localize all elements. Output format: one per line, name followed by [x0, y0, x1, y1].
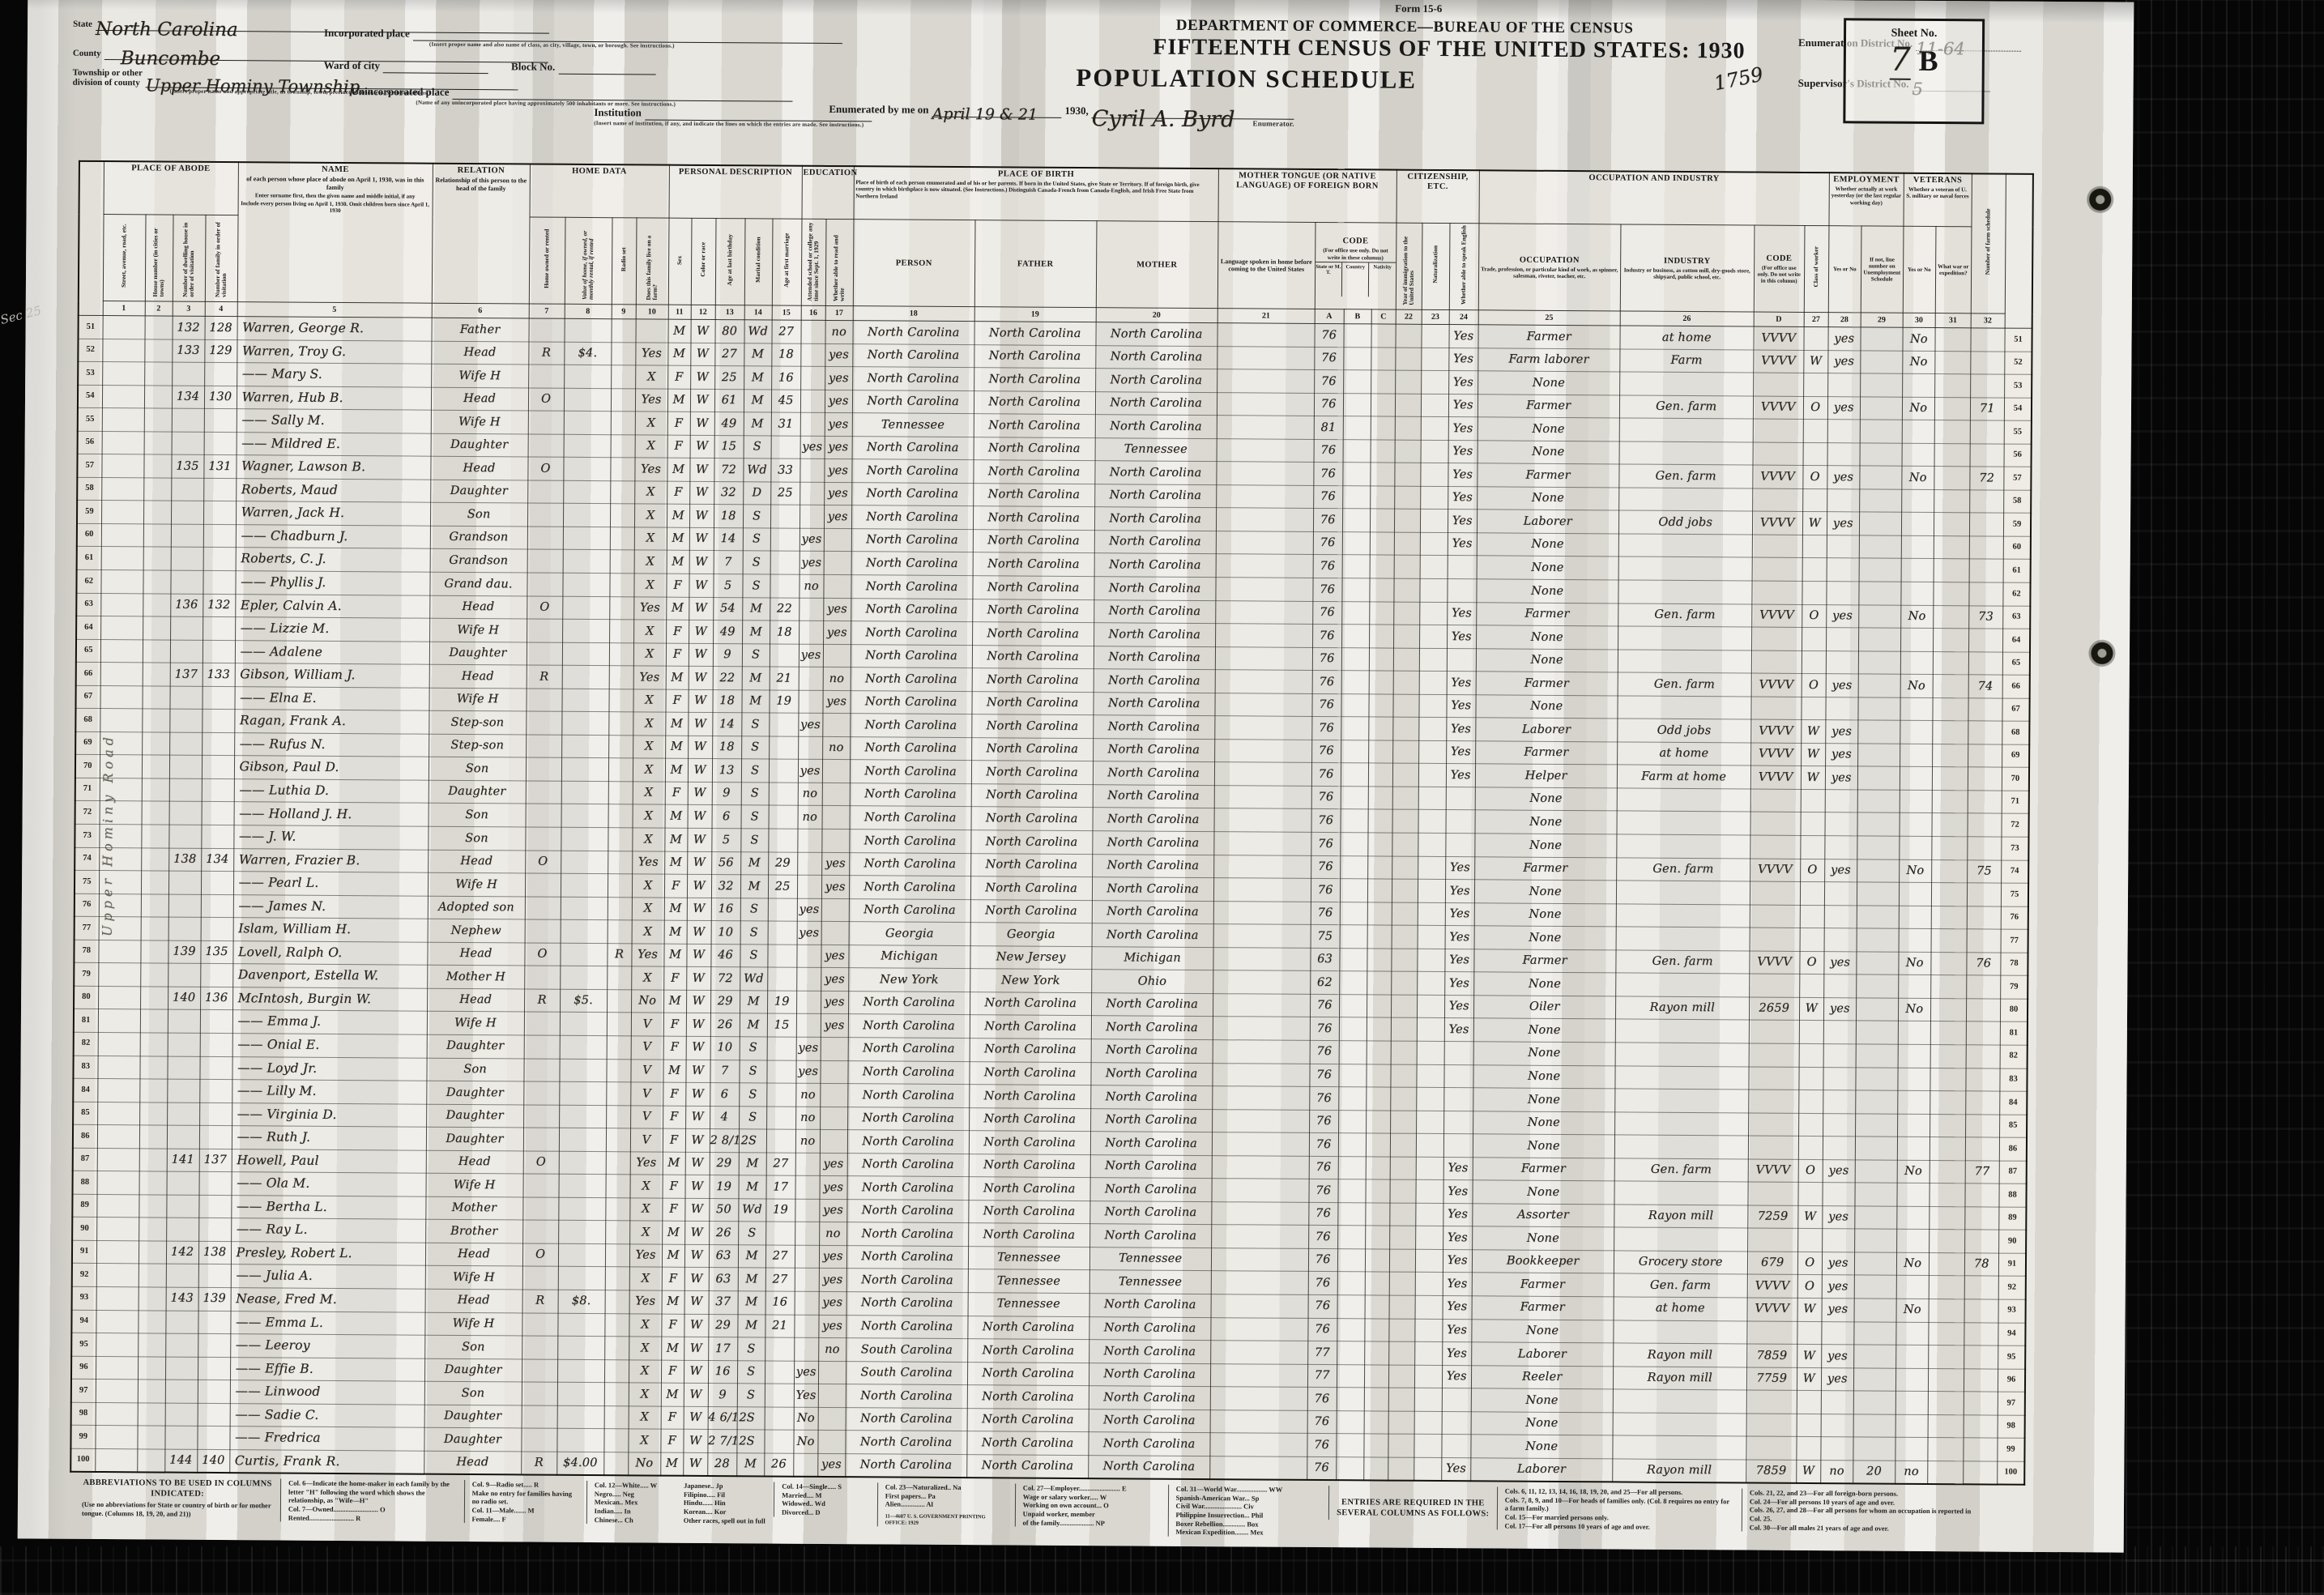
cell-language — [1209, 1433, 1307, 1456]
cell-veteran — [1900, 790, 1932, 813]
cell-age-married: 29 — [768, 852, 797, 876]
cell-school: yes — [800, 436, 825, 459]
cell-school — [800, 412, 825, 436]
cell-farm-schedule — [1967, 906, 2001, 929]
cell-industry: Rayon mill — [1614, 1205, 1747, 1229]
cell-immigration — [1391, 1064, 1417, 1088]
home-value-label: Value of home, if owned, or monthly rent… — [582, 218, 595, 299]
footer-line: Col. 23—Naturalized.. Na — [885, 1482, 1008, 1492]
cell-farm-schedule — [1964, 1438, 1998, 1461]
cell-family: 137 — [199, 1149, 232, 1172]
cell-code-b — [1341, 809, 1368, 833]
cell-farm-schedule — [1964, 1299, 1998, 1323]
cell-family: 129 — [204, 339, 237, 363]
cell-class-worker — [1802, 488, 1827, 512]
cell-occ-code — [1750, 905, 1800, 928]
col-read-write-header: Whether able to read and write — [825, 219, 854, 305]
cell-industry: Farm — [1619, 348, 1753, 373]
cell-code-c — [1369, 671, 1393, 694]
cell-code-b — [1339, 948, 1367, 971]
cell-relation: Daughter — [424, 1358, 522, 1382]
cell-pob-father: North Carolina — [971, 737, 1093, 761]
cell-farm-schedule — [1968, 651, 2002, 675]
cell-pob-person: North Carolina — [846, 1384, 967, 1409]
cell-lnr: 67 — [2002, 698, 2030, 722]
cell-employed: yes — [1821, 1367, 1853, 1391]
cell-code-b — [1338, 1179, 1366, 1203]
cell-marital: S — [740, 898, 768, 921]
county-value: Buncombe — [104, 48, 221, 70]
cell-age-married — [771, 436, 800, 459]
cell-color: W — [688, 713, 712, 736]
cell-lnr: 88 — [1999, 1183, 2027, 1207]
cell-farm: Yes — [635, 342, 667, 365]
cell-code-a: 76 — [1311, 809, 1341, 833]
footer-line: Other races, spell out in full — [684, 1516, 766, 1525]
cell-industry: Gen. farm — [1618, 672, 1751, 697]
cell-lnr: 80 — [2000, 999, 2028, 1022]
cell-code-c — [1371, 440, 1395, 463]
cell-code-c — [1367, 995, 1391, 1018]
cell-veteran: No — [1903, 327, 1935, 351]
cell-pob-father: North Carolina — [973, 506, 1094, 531]
cell-veteran: No — [1899, 859, 1931, 883]
relation-sub: Relationship of this person to the head … — [433, 176, 529, 194]
col-industry-header: INDUSTRY Industry or business, as cotton… — [1620, 224, 1755, 312]
cell-language — [1216, 531, 1313, 555]
cell-owned — [529, 318, 565, 342]
cell-employed — [1827, 535, 1859, 559]
cell-relation: Daughter — [424, 1405, 522, 1428]
cell-language — [1213, 1063, 1310, 1086]
cell-code-a: 76 — [1310, 1040, 1339, 1064]
cell-pob-person: North Carolina — [851, 598, 972, 622]
cell-read-write — [821, 1060, 848, 1084]
cell-industry — [1614, 1181, 1748, 1205]
cell-lnr: 60 — [2003, 536, 2031, 560]
cell-pob-father: North Carolina — [974, 390, 1095, 415]
cell-relation: Brother — [425, 1220, 522, 1243]
cell-pob-father: North Carolina — [973, 552, 1094, 577]
cell-ln: 63 — [76, 593, 100, 616]
cell-relation: Head — [430, 456, 527, 480]
cell-war — [1930, 1044, 1966, 1068]
cell-war — [1932, 790, 1968, 813]
cell-lnr: 55 — [2004, 420, 2032, 444]
cell-immigration — [1396, 324, 1422, 348]
cell-color: W — [684, 1290, 709, 1314]
cell-industry — [1616, 927, 1750, 951]
cell-pob-person: North Carolina — [847, 1107, 969, 1131]
cell-street — [96, 1218, 139, 1241]
cell-unemployment-line: 20 — [1853, 1461, 1895, 1484]
cell-code-a: 76 — [1308, 1202, 1337, 1226]
cell-english: Yes — [1444, 1018, 1473, 1042]
cell-lnr: 64 — [2002, 629, 2030, 652]
cell-age: 13 — [712, 759, 741, 783]
cell-veteran: No — [1898, 998, 1930, 1021]
cell-class-worker: W — [1797, 1367, 1821, 1391]
cell-naturalization — [1420, 556, 1448, 579]
cell-radio — [611, 434, 635, 458]
cell-owned — [527, 527, 563, 550]
cell-code-a: 76 — [1308, 1294, 1337, 1318]
cell-name: —— Effie B. — [230, 1357, 424, 1381]
cell-language — [1211, 1294, 1308, 1318]
cell-class-worker — [1800, 882, 1824, 906]
cell-owned — [521, 1428, 556, 1452]
cell-naturalization — [1422, 324, 1449, 348]
cell-code-c — [1370, 578, 1394, 602]
cell-naturalization — [1415, 1249, 1443, 1273]
cell-dwelling — [167, 1171, 199, 1195]
cell-code-a: 76 — [1309, 1133, 1338, 1157]
cell-farm: X — [635, 365, 667, 389]
cell-read-write: yes — [819, 1291, 846, 1315]
cell-dwelling — [172, 432, 204, 455]
cell-radio — [603, 1429, 628, 1452]
cell-value — [565, 318, 612, 342]
cell-pob-father: North Carolina — [967, 1408, 1089, 1432]
cell-occ-code: VVVV — [1747, 1298, 1797, 1321]
column-number: 26 — [1620, 311, 1754, 326]
cell-pob-father: North Carolina — [971, 784, 1093, 808]
cell-family — [201, 825, 233, 848]
cell-read-write: yes — [825, 343, 852, 367]
cell-farm: V — [630, 1128, 663, 1152]
cell-family — [203, 501, 236, 525]
cell-lnr: 100 — [1997, 1461, 2024, 1485]
cell-code-b — [1337, 1388, 1364, 1411]
cell-language — [1215, 646, 1312, 670]
cell-code-c — [1366, 1179, 1390, 1203]
cell-english — [1445, 834, 1474, 857]
cell-occ-code: 679 — [1747, 1252, 1797, 1275]
cell-house — [143, 616, 170, 640]
cell-owned — [527, 619, 562, 642]
cell-immigration — [1389, 1203, 1415, 1226]
cell-language — [1215, 600, 1312, 624]
cell-color: W — [683, 1452, 707, 1476]
cell-school: no — [795, 1107, 820, 1130]
cell-code-c — [1364, 1388, 1388, 1411]
cell-age-married — [766, 1060, 795, 1083]
cell-occupation: Farmer — [1478, 325, 1620, 349]
occupation-text: Trade, profession, or particular kind of… — [1479, 265, 1620, 281]
cell-marital: S — [738, 1222, 765, 1245]
cell-code-c — [1367, 925, 1392, 949]
code-b-label: Country — [1341, 262, 1369, 296]
cell-color: W — [684, 1244, 709, 1268]
cell-family — [198, 1403, 230, 1427]
cell-war — [1930, 1068, 1966, 1091]
cell-immigration — [1388, 1457, 1414, 1481]
cell-occupation: Farmer — [1473, 1157, 1614, 1181]
cell-pob-person: North Carolina — [852, 343, 974, 368]
cell-pob-father: North Carolina — [969, 1131, 1090, 1155]
cell-radio — [604, 1359, 629, 1383]
cell-naturalization — [1420, 486, 1448, 510]
cell-veteran — [1896, 1322, 1929, 1346]
cell-naturalization — [1415, 1203, 1443, 1226]
cell-war — [1930, 1137, 1965, 1161]
cell-sex: F — [662, 1268, 684, 1291]
cell-ln: 71 — [75, 778, 100, 801]
cell-school — [793, 1453, 817, 1477]
col-dwelling-header: Number of dwelling house in order of vis… — [173, 215, 206, 301]
cell-radio — [606, 1128, 630, 1152]
cell-pob-father: North Carolina — [970, 853, 1092, 877]
cell-class-worker — [1797, 1321, 1821, 1345]
cell-unemployment-line — [1860, 373, 1902, 397]
cell-code-b — [1336, 1456, 1363, 1480]
cell-employed: yes — [1828, 327, 1861, 351]
cell-english: Yes — [1444, 972, 1473, 996]
cell-radio — [606, 1082, 630, 1106]
cell-lnr: 53 — [2004, 374, 2032, 398]
cell-read-write — [822, 806, 850, 829]
cell-unemployment-line — [1857, 906, 1899, 929]
cell-family: 136 — [200, 987, 232, 1010]
footer-block: Col. 27—Employer........................… — [1015, 1484, 1168, 1528]
cell-relation: Wife H — [429, 618, 527, 642]
cell-sex: M — [660, 1452, 683, 1476]
group-citizenship: CITIZENSHIP, ETC. — [1397, 170, 1479, 224]
cell-veteran — [1900, 744, 1932, 767]
cell-age-married — [770, 551, 800, 574]
cell-street — [101, 477, 143, 501]
footer-line: Married.... M — [782, 1491, 870, 1499]
cell-war — [1934, 559, 1969, 582]
cell-pob-father: North Carolina — [970, 899, 1092, 923]
cell-dwelling — [169, 778, 202, 802]
cell-war — [1934, 443, 1970, 467]
cell-language — [1214, 716, 1311, 740]
cell-sex: F — [663, 1082, 685, 1106]
cell-read-write — [820, 1130, 847, 1154]
cell-pob-person: North Carolina — [853, 321, 974, 345]
cell-naturalization — [1418, 949, 1445, 972]
code-note: (For office use only. Do not write in th… — [1316, 246, 1396, 262]
group-place-of-abode: PLACE OF ABODE — [104, 161, 238, 215]
footer-block: Col. 9—Radio set..... RMake no entry for… — [463, 1480, 586, 1524]
cell-employed: yes — [1822, 1299, 1854, 1322]
cell-language — [1213, 924, 1311, 948]
cell-occ-code — [1751, 650, 1802, 674]
cell-read-write — [822, 783, 850, 806]
cell-veteran: No — [1900, 605, 1933, 629]
cell-naturalization — [1416, 1157, 1443, 1180]
cell-pob-person: North Carolina — [851, 529, 973, 553]
cell-unemployment-line — [1856, 1044, 1898, 1068]
cell-farm: Yes — [629, 1290, 662, 1314]
cell-marital: M — [738, 1245, 765, 1269]
cell-ln: 54 — [78, 385, 102, 408]
cell-employed — [1821, 1437, 1853, 1461]
cell-family — [198, 1264, 231, 1288]
cell-name: Wagner, Lawson B. — [236, 455, 430, 480]
cell-naturalization — [1415, 1295, 1443, 1319]
code-a-label: State or M. T. — [1315, 262, 1341, 296]
cell-age-married — [767, 945, 796, 968]
column-number: 13 — [715, 305, 744, 320]
cell-name: —— James N. — [233, 894, 428, 919]
cell-age: 63 — [709, 1244, 738, 1268]
cell-value — [559, 1128, 606, 1151]
cell-immigration — [1392, 879, 1418, 902]
cell-sex: M — [667, 389, 690, 412]
form-number: Form 15-6 — [1395, 2, 1442, 15]
cell-pob-person: North Carolina — [851, 459, 973, 484]
cell-farm-schedule — [1969, 490, 2003, 514]
cell-house — [143, 547, 171, 570]
cell-school — [796, 945, 821, 968]
cell-class-worker — [1798, 1183, 1823, 1206]
cell-farm: X — [633, 712, 665, 736]
cell-age: 61 — [714, 389, 744, 412]
cell-code-a: 76 — [1313, 555, 1342, 578]
cell-veteran — [1900, 628, 1933, 651]
cell-read-write: yes — [824, 505, 851, 529]
cell-pob-person: North Carolina — [846, 1315, 967, 1339]
cell-ln: 84 — [73, 1078, 97, 1102]
cell-lnr: 52 — [2004, 352, 2032, 375]
cell-language — [1211, 1225, 1308, 1248]
cell-dwelling — [169, 709, 202, 732]
cell-value — [563, 480, 610, 504]
cell-language — [1215, 624, 1312, 647]
cell-code-c — [1370, 486, 1394, 510]
column-number: A — [1315, 309, 1344, 323]
cell-sex: F — [663, 1013, 686, 1037]
cell-industry — [1615, 1043, 1749, 1067]
cell-dwelling: 140 — [168, 987, 200, 1010]
cell-name: Roberts, Maud — [236, 478, 430, 502]
cell-industry — [1615, 973, 1749, 997]
column-number: 5 — [237, 302, 432, 318]
cell-english: Yes — [1445, 902, 1474, 926]
cell-industry — [1613, 1435, 1746, 1460]
cell-pob-father: North Carolina — [968, 1223, 1090, 1247]
cell-pob-mother: North Carolina — [1094, 669, 1215, 693]
cell-relation: Son — [426, 1058, 523, 1081]
line-number-column-header — [79, 161, 104, 316]
cell-code-b — [1342, 532, 1370, 556]
cell-code-c — [1367, 1064, 1391, 1087]
col-value-header: Value of home, if owned, or monthly rent… — [565, 217, 612, 304]
cell-read-write — [818, 1361, 846, 1384]
cell-employed — [1823, 974, 1856, 998]
cell-lnr: 99 — [1998, 1438, 2025, 1461]
cell-family — [200, 964, 232, 987]
footer-block: Col. 6—Indicate the home-maker in each f… — [280, 1479, 464, 1524]
column-number: 28 — [1828, 313, 1861, 327]
cell-pob-father: North Carolina — [969, 1107, 1090, 1132]
cell-owned — [526, 781, 561, 804]
cell-employed: yes — [1825, 766, 1857, 790]
cell-sex: M — [667, 527, 689, 551]
cell-age: 80 — [715, 320, 744, 343]
cell-employed: yes — [1822, 1205, 1854, 1229]
employment-note: Whether actually at work yesterday (or t… — [1829, 185, 1903, 207]
cell-naturalization — [1415, 1226, 1443, 1250]
cell-pob-person: North Carolina — [851, 505, 973, 530]
cell-dwelling: 136 — [170, 594, 203, 617]
cell-relation: Daughter — [426, 1127, 523, 1150]
cell-value — [561, 827, 608, 851]
cell-age-married: 21 — [765, 1314, 794, 1337]
cell-class-worker: O — [1802, 466, 1827, 489]
cell-class-worker — [1797, 1391, 1821, 1414]
cell-value — [562, 573, 609, 596]
cell-radio — [612, 319, 636, 343]
age-label: Age at last birthday — [727, 234, 733, 286]
cell-dwelling — [170, 640, 203, 663]
cell-marital: M — [740, 1013, 767, 1037]
cell-employed: yes — [1822, 1275, 1854, 1299]
cell-veteran — [1898, 1044, 1930, 1068]
cell-relation: Step-son — [429, 710, 526, 734]
cell-occupation: None — [1472, 1226, 1614, 1251]
cell-employed — [1827, 582, 1859, 605]
cell-pob-father: North Carolina — [967, 1362, 1089, 1386]
cell-farm-schedule — [1966, 999, 2000, 1022]
cell-owned — [522, 1359, 557, 1383]
cell-age-married: 27 — [766, 1153, 795, 1176]
cell-war — [1932, 767, 1968, 791]
cell-occ-code — [1753, 442, 1803, 466]
cell-read-write — [820, 1083, 847, 1107]
cell-owned — [522, 1405, 557, 1429]
cell-age: 6 — [712, 805, 741, 829]
cell-pob-father: North Carolina — [970, 1061, 1091, 1085]
cell-marital: M — [740, 991, 767, 1014]
cell-street — [100, 801, 142, 825]
cell-family — [198, 1380, 230, 1403]
cell-code-b — [1344, 324, 1371, 348]
cell-farm-schedule — [1970, 420, 2004, 444]
cell-name: Curtis, Frank R. — [229, 1449, 424, 1473]
cell-industry — [1614, 1112, 1748, 1137]
cell-owned — [524, 1012, 560, 1035]
cell-employed — [1823, 1021, 1856, 1044]
cell-occupation: Farmer — [1478, 394, 1619, 418]
cell-read-write: yes — [819, 1245, 846, 1269]
cell-value: $4.00 — [556, 1452, 603, 1475]
cell-code-c — [1368, 740, 1392, 764]
cell-occupation: None — [1471, 1319, 1613, 1343]
cell-sex: F — [661, 1360, 684, 1384]
group-occupation-industry: OCCUPATION AND INDUSTRY — [1479, 170, 1829, 225]
cell-marital: S — [741, 713, 769, 736]
cell-naturalization — [1418, 787, 1446, 810]
column-number: 6 — [432, 303, 529, 318]
cell-war — [1929, 1322, 1964, 1346]
cell-occupation: None — [1473, 1064, 1615, 1089]
cell-immigration — [1395, 394, 1421, 417]
column-number: 27 — [1804, 312, 1828, 326]
cell-ln: 75 — [75, 870, 99, 893]
cell-read-write: yes — [821, 852, 849, 876]
cell-war — [1935, 328, 1971, 352]
cell-occupation: None — [1471, 1435, 1613, 1459]
cell-class-worker — [1798, 1090, 1823, 1113]
cell-age: 9 — [708, 1384, 737, 1407]
cell-radio — [606, 1059, 630, 1082]
cell-age-married: 19 — [770, 690, 799, 714]
cell-marital: M — [742, 667, 770, 690]
cell-age-married — [764, 1430, 793, 1453]
